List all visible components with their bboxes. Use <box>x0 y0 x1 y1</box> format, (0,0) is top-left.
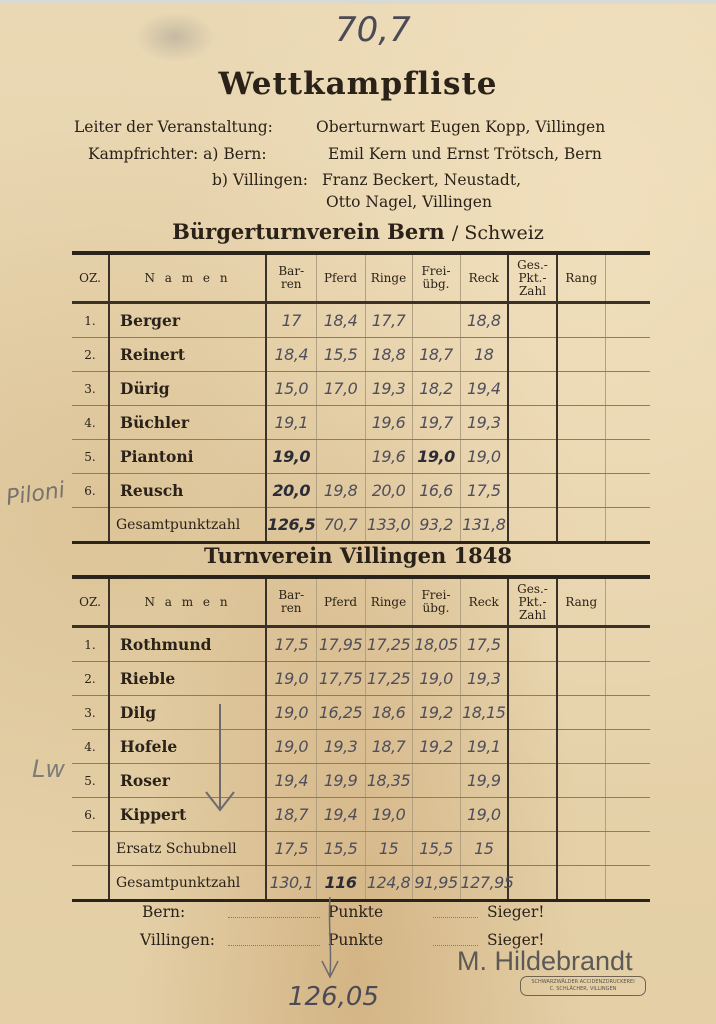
col-reck: Reck <box>460 577 508 627</box>
score-ringe: 20,0 <box>365 474 412 508</box>
score-rang <box>557 696 605 730</box>
score-rang <box>557 406 605 440</box>
score-rang <box>557 372 605 406</box>
score-ges <box>508 764 557 798</box>
row-oz <box>72 508 109 543</box>
footer-bern-sieger: Sieger! <box>487 903 544 921</box>
score-ges <box>508 798 557 832</box>
col-barren-l2: ren <box>281 277 302 291</box>
score-ringe: 18,7 <box>365 730 412 764</box>
score-frei: 19,2 <box>412 696 460 730</box>
score-pferd: 15,5 <box>316 338 365 372</box>
score-frei <box>412 764 460 798</box>
total-row: Gesamtpunktzahl 126,5 70,7 133,0 93,2 13… <box>72 508 650 543</box>
row-oz: 6. <box>72 474 109 508</box>
score-ges <box>508 474 557 508</box>
col-ges-l2: Pkt.- <box>518 595 546 609</box>
score-barren: 18,4 <box>266 338 316 372</box>
row-name: Roser <box>109 764 266 798</box>
pencil-number: 70,7 <box>335 10 411 50</box>
score-frei: 19,0 <box>412 662 460 696</box>
table-row: 2. Reinert 18,4 15,5 18,8 18,7 18 <box>72 338 650 372</box>
score-frei: 15,5 <box>412 832 460 866</box>
total-label: Gesamtpunktzahl <box>109 508 266 543</box>
row-oz: 3. <box>72 696 109 730</box>
score-extra <box>605 303 650 338</box>
total-ringe: 133,0 <box>365 508 412 543</box>
score-frei: 18,2 <box>412 372 460 406</box>
score-pferd: 17,75 <box>316 662 365 696</box>
score-extra <box>605 730 650 764</box>
club-title-villingen: Turnverein Villingen 1848 <box>0 543 716 568</box>
col-namen: N a m e n <box>109 253 266 303</box>
table-row: 6. Reusch 20,0 19,8 20,0 16,6 17,5 <box>72 474 650 508</box>
col-extra <box>605 253 650 303</box>
row-name: Dürig <box>109 372 266 406</box>
footer-villingen-points-blank <box>228 945 320 946</box>
table-row: 4. Büchler 19,1 19,6 19,7 19,3 <box>72 406 650 440</box>
margin-note-villingen: Lw <box>32 755 65 783</box>
leiter-label: Leiter der Veranstaltung: <box>74 118 273 136</box>
score-frei <box>412 798 460 832</box>
score-table-villingen: OZ. N a m e n Bar-ren Pferd Ringe Frei-ü… <box>72 575 650 902</box>
score-pferd: 17,95 <box>316 627 365 662</box>
table-header: OZ. N a m e n Bar-ren Pferd Ringe Frei-ü… <box>72 253 650 303</box>
total-pferd: 70,7 <box>316 508 365 543</box>
row-name: Ersatz Schubnell <box>109 832 266 866</box>
score-rang <box>557 627 605 662</box>
score-extra <box>605 406 650 440</box>
score-barren: 17,5 <box>266 832 316 866</box>
col-frei: Frei-übg. <box>412 577 460 627</box>
pencil-total: 126,05 <box>288 982 379 1012</box>
col-oz: OZ. <box>72 577 109 627</box>
score-extra <box>605 662 650 696</box>
col-barren: Bar-ren <box>266 577 316 627</box>
score-rang <box>557 764 605 798</box>
score-extra <box>605 474 650 508</box>
score-frei <box>412 303 460 338</box>
score-ges <box>508 303 557 338</box>
col-ges-l1: Ges.- <box>517 258 548 272</box>
score-pferd: 19,4 <box>316 798 365 832</box>
score-frei: 19,2 <box>412 730 460 764</box>
score-ringe: 18,6 <box>365 696 412 730</box>
row-name: Reinert <box>109 338 266 372</box>
row-name: Rothmund <box>109 627 266 662</box>
score-rang <box>557 440 605 474</box>
score-reck: 19,0 <box>460 440 508 474</box>
score-barren: 19,4 <box>266 764 316 798</box>
col-barren: Bar-ren <box>266 253 316 303</box>
score-extra <box>605 696 650 730</box>
score-pferd: 16,25 <box>316 696 365 730</box>
score-extra <box>605 798 650 832</box>
row-name: Berger <box>109 303 266 338</box>
kampfrichter-villingen-1: Franz Beckert, Neustadt, <box>322 171 521 189</box>
row-oz: 4. <box>72 730 109 764</box>
kampfrichter-villingen-label: b) Villingen: <box>212 171 308 189</box>
score-barren: 19,1 <box>266 406 316 440</box>
score-pferd: 15,5 <box>316 832 365 866</box>
col-extra <box>605 577 650 627</box>
score-pferd: 19,9 <box>316 764 365 798</box>
score-rang <box>557 662 605 696</box>
table-row: 6. Kippert 18,7 19,4 19,0 19,0 <box>72 798 650 832</box>
col-ges-l3: Zahl <box>519 284 546 298</box>
score-ringe: 19,3 <box>365 372 412 406</box>
row-oz: 2. <box>72 338 109 372</box>
score-ges <box>508 832 557 866</box>
score-extra <box>605 764 650 798</box>
table-row: 1. Rothmund 17,5 17,95 17,25 18,05 17,5 <box>72 627 650 662</box>
pencil-arrow-icon <box>200 700 240 815</box>
row-name: Kippert <box>109 798 266 832</box>
footer-bern-sieger-blank <box>433 917 478 918</box>
score-pferd: 18,4 <box>316 303 365 338</box>
score-rang <box>557 474 605 508</box>
footer-bern-label: Bern: <box>142 903 185 921</box>
total-barren: 126,5 <box>266 508 316 543</box>
stamp-line-1: SCHWARZWÄLDER ACCIDENZDRUCKEREI <box>525 979 641 986</box>
total-row: Gesamtpunktzahl 130,1 116 124,8 91,95 12… <box>72 866 650 901</box>
score-rang <box>557 798 605 832</box>
score-ringe: 17,7 <box>365 303 412 338</box>
score-ges <box>508 696 557 730</box>
score-pferd <box>316 406 365 440</box>
score-frei: 16,6 <box>412 474 460 508</box>
score-frei: 18,05 <box>412 627 460 662</box>
score-ges <box>508 662 557 696</box>
score-pferd: 17,0 <box>316 372 365 406</box>
row-oz: 2. <box>72 662 109 696</box>
total-frei: 91,95 <box>412 866 460 901</box>
col-ges-l1: Ges.- <box>517 582 548 596</box>
score-ringe: 15 <box>365 832 412 866</box>
total-rang <box>557 508 605 543</box>
page-title: Wettkampfliste <box>0 66 716 102</box>
score-barren: 18,7 <box>266 798 316 832</box>
total-barren: 130,1 <box>266 866 316 901</box>
kampfrichter-bern: Emil Kern und Ernst Trötsch, Bern <box>328 145 602 163</box>
table-row-substitute: Ersatz Schubnell 17,5 15,5 15 15,5 15 <box>72 832 650 866</box>
score-reck: 19,0 <box>460 798 508 832</box>
score-ges <box>508 440 557 474</box>
score-ringe: 19,6 <box>365 440 412 474</box>
score-reck: 17,5 <box>460 627 508 662</box>
col-ges-l2: Pkt.- <box>518 271 546 285</box>
col-ges: Ges.-Pkt.-Zahl <box>508 253 557 303</box>
paper-stain <box>135 12 215 62</box>
table-row: 3. Dilg 19,0 16,25 18,6 19,2 18,15 <box>72 696 650 730</box>
total-reck: 131,8 <box>460 508 508 543</box>
score-extra <box>605 627 650 662</box>
score-reck: 19,3 <box>460 406 508 440</box>
score-ges <box>508 730 557 764</box>
watermark: M. Hildebrandt <box>457 946 633 977</box>
row-name: Hofele <box>109 730 266 764</box>
col-oz: OZ. <box>72 253 109 303</box>
printer-stamp: SCHWARZWÄLDER ACCIDENZDRUCKEREI C. SCHLÄ… <box>520 976 646 996</box>
row-name: Büchler <box>109 406 266 440</box>
col-ges: Ges.-Pkt.-Zahl <box>508 577 557 627</box>
score-rang <box>557 730 605 764</box>
col-rang: Rang <box>557 253 605 303</box>
club-suffix: / Schweiz <box>452 222 544 244</box>
col-rang: Rang <box>557 577 605 627</box>
score-ges <box>508 372 557 406</box>
table-row: 3. Dürig 15,0 17,0 19,3 18,2 19,4 <box>72 372 650 406</box>
row-oz: 6. <box>72 798 109 832</box>
row-name: Rieble <box>109 662 266 696</box>
score-ges <box>508 627 557 662</box>
leiter-value: Oberturnwart Eugen Kopp, Villingen <box>316 118 605 136</box>
table-row: 2. Rieble 19,0 17,75 17,25 19,0 19,3 <box>72 662 650 696</box>
col-namen: N a m e n <box>109 577 266 627</box>
row-name: Piantoni <box>109 440 266 474</box>
total-extra <box>605 508 650 543</box>
club-name: Bürgerturnverein Bern <box>172 219 444 244</box>
pencil-arrow-down-icon <box>318 895 344 980</box>
footer-villingen-label: Villingen: <box>140 931 215 949</box>
score-barren: 19,0 <box>266 730 316 764</box>
score-frei: 18,7 <box>412 338 460 372</box>
score-reck: 17,5 <box>460 474 508 508</box>
score-barren: 15,0 <box>266 372 316 406</box>
row-name: Dilg <box>109 696 266 730</box>
score-barren: 17 <box>266 303 316 338</box>
col-ringe: Ringe <box>365 577 412 627</box>
total-ringe: 124,8 <box>365 866 412 901</box>
score-ringe: 18,8 <box>365 338 412 372</box>
kampfrichter-villingen-2: Otto Nagel, Villingen <box>326 193 492 211</box>
col-pferd: Pferd <box>316 577 365 627</box>
col-frei-l2: übg. <box>423 277 450 291</box>
row-oz: 1. <box>72 303 109 338</box>
total-ges <box>508 866 557 901</box>
score-ringe: 17,25 <box>365 662 412 696</box>
score-rang <box>557 338 605 372</box>
score-ges <box>508 338 557 372</box>
col-reck: Reck <box>460 253 508 303</box>
table-row: 5. Roser 19,4 19,9 18,35 19,9 <box>72 764 650 798</box>
score-ringe: 19,6 <box>365 406 412 440</box>
table-row: 4. Hofele 19,0 19,3 18,7 19,2 19,1 <box>72 730 650 764</box>
score-reck: 15 <box>460 832 508 866</box>
row-oz: 4. <box>72 406 109 440</box>
total-label: Gesamtpunktzahl <box>109 866 266 901</box>
row-oz: 5. <box>72 764 109 798</box>
col-frei-l2: übg. <box>423 601 450 615</box>
total-ges <box>508 508 557 543</box>
score-reck: 19,3 <box>460 662 508 696</box>
scan-edge <box>0 0 716 4</box>
table-header: OZ. N a m e n Bar-ren Pferd Ringe Frei-ü… <box>72 577 650 627</box>
score-pferd: 19,3 <box>316 730 365 764</box>
row-oz: 3. <box>72 372 109 406</box>
score-extra <box>605 372 650 406</box>
score-barren: 19,0 <box>266 696 316 730</box>
score-ges <box>508 406 557 440</box>
row-name: Reusch <box>109 474 266 508</box>
score-frei: 19,7 <box>412 406 460 440</box>
kampfrichter-label: Kampfrichter: a) Bern: <box>88 145 267 163</box>
total-frei: 93,2 <box>412 508 460 543</box>
col-frei-l1: Frei- <box>421 588 450 602</box>
col-barren-l1: Bar- <box>278 588 304 602</box>
score-table-bern: OZ. N a m e n Bar-ren Pferd Ringe Frei-ü… <box>72 251 650 544</box>
score-pferd: 19,8 <box>316 474 365 508</box>
col-barren-l1: Bar- <box>278 264 304 278</box>
score-reck: 19,4 <box>460 372 508 406</box>
col-ringe: Ringe <box>365 253 412 303</box>
score-frei: 19,0 <box>412 440 460 474</box>
row-oz: 1. <box>72 627 109 662</box>
score-barren: 19,0 <box>266 440 316 474</box>
table-row: 1. Berger 17 18,4 17,7 18,8 <box>72 303 650 338</box>
col-ges-l3: Zahl <box>519 608 546 622</box>
score-reck: 19,1 <box>460 730 508 764</box>
total-extra <box>605 866 650 901</box>
score-ringe: 18,35 <box>365 764 412 798</box>
score-ringe: 19,0 <box>365 798 412 832</box>
score-reck: 18 <box>460 338 508 372</box>
score-extra <box>605 338 650 372</box>
total-reck: 127,95 <box>460 866 508 901</box>
score-barren: 17,5 <box>266 627 316 662</box>
score-barren: 20,0 <box>266 474 316 508</box>
club-title-bern: Bürgerturnverein Bern / Schweiz <box>0 219 716 244</box>
stamp-line-2: C. SCHLÄCHER, VILLINGEN <box>525 986 641 993</box>
score-reck: 18,8 <box>460 303 508 338</box>
score-barren: 19,0 <box>266 662 316 696</box>
score-rang <box>557 832 605 866</box>
score-pferd <box>316 440 365 474</box>
score-extra <box>605 832 650 866</box>
row-oz <box>72 832 109 866</box>
score-reck: 19,9 <box>460 764 508 798</box>
row-oz: 5. <box>72 440 109 474</box>
total-rang <box>557 866 605 901</box>
score-rang <box>557 303 605 338</box>
col-barren-l2: ren <box>281 601 302 615</box>
col-pferd: Pferd <box>316 253 365 303</box>
score-extra <box>605 440 650 474</box>
score-reck: 18,15 <box>460 696 508 730</box>
table-row: 5. Piantoni 19,0 19,6 19,0 19,0 <box>72 440 650 474</box>
footer-bern-points-blank <box>228 917 320 918</box>
col-frei: Frei-übg. <box>412 253 460 303</box>
row-oz <box>72 866 109 901</box>
score-ringe: 17,25 <box>365 627 412 662</box>
col-frei-l1: Frei- <box>421 264 450 278</box>
